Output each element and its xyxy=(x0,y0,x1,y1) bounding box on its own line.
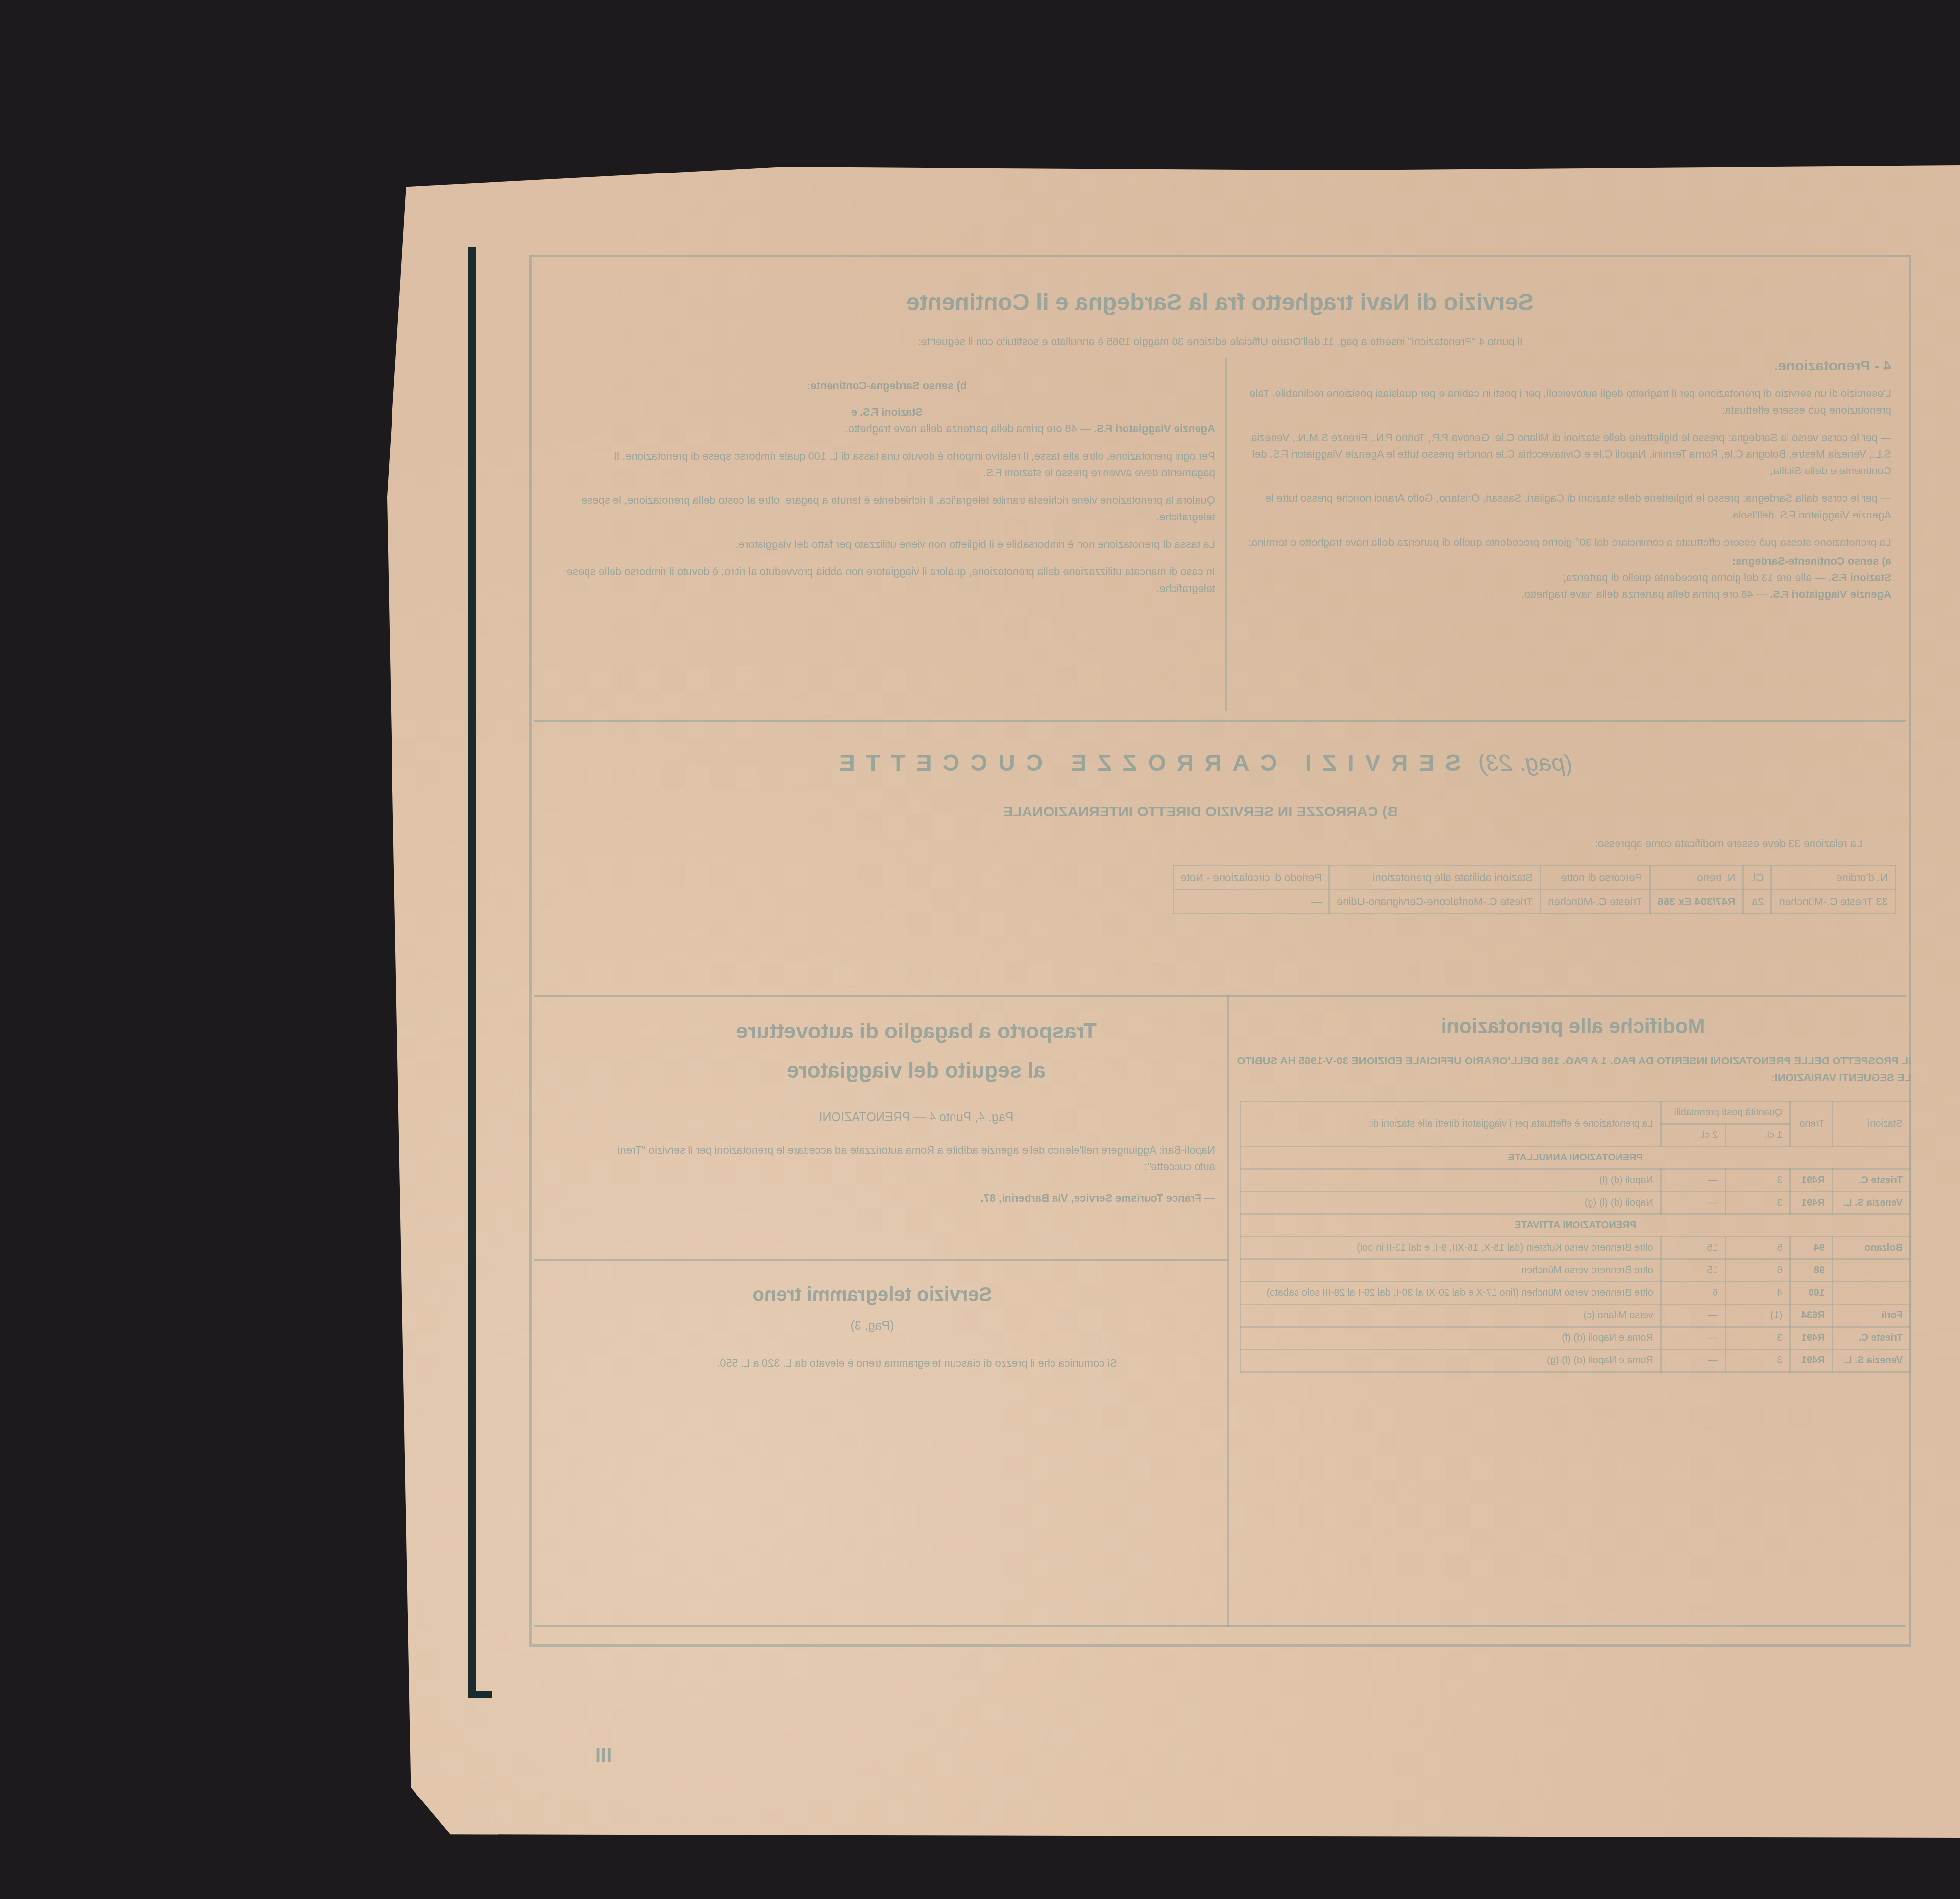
cell: — xyxy=(1661,1192,1725,1214)
cuccette-section: (pag. 23) SERVIZI CARROZZE CUCCETTE B) C… xyxy=(539,730,1901,985)
sardegna-intro: Il punto 4 "Prenotazioni" inserito a pag… xyxy=(918,333,1523,350)
cuccette-header: Stazioni abilitate alle prenotazioni xyxy=(1329,866,1540,890)
binding-edge xyxy=(468,247,476,1698)
cuccette-header: Cl. xyxy=(1743,866,1771,890)
cell: 4 xyxy=(1725,1282,1790,1305)
table-row: Venezia S. L. R491 3 — Roma e Napoli (d)… xyxy=(1241,1350,1911,1372)
cell: R491 xyxy=(1790,1350,1832,1372)
sardegna-a1-text: — alle ore 13 del giorno precedente quel… xyxy=(1563,571,1826,584)
cell: — xyxy=(1661,1327,1725,1350)
modifiche-section: Modifiche alle prenotazioni IL PROSPETTO… xyxy=(1235,1014,1911,1622)
cuccette-subtitle: B) CARROZZE IN SERVIZIO DIRETTO INTERNAZ… xyxy=(1003,804,1398,820)
cuccette-page-ref: (pag. 23) xyxy=(1478,750,1572,776)
cell: R491 xyxy=(1790,1327,1832,1350)
sardegna-b1-label: Stazioni F.S. e xyxy=(559,404,1215,420)
cell: 6 xyxy=(1725,1259,1790,1282)
sardegna-a-heading: a) senso Continente-Sardegna: xyxy=(1235,553,1891,569)
telegrammi-ref: (Pag. 3) xyxy=(627,1316,1117,1335)
table-row: Trieste C. R491 3 — Napoli (d) (l) xyxy=(1241,1169,1911,1192)
cell: R47/304 Ex 366 xyxy=(1650,890,1743,914)
cell: Napoli (d) (l) (g) xyxy=(1241,1192,1661,1214)
cuccette-title: SERVIZI CARROZZE CUCCETTE xyxy=(829,750,1461,776)
sardegna-para8: In caso di mancata utilizzazione della p… xyxy=(559,564,1215,597)
table-row: 98 6 15 oltre Brennero verso München xyxy=(1241,1259,1911,1282)
cell: Napoli (d) (l) xyxy=(1241,1169,1661,1192)
cuccette-header: Percorso di notte xyxy=(1541,866,1650,890)
cell xyxy=(1832,1282,1910,1305)
header-treno: Treno xyxy=(1790,1102,1832,1147)
sardegna-para7: La tassa di prenotazione non è rimborsab… xyxy=(559,536,1215,553)
cell: 3 xyxy=(1725,1350,1790,1372)
sardegna-para5: Per ogni prenotazione, oltre alle tasse,… xyxy=(559,448,1215,481)
cuccette-header: Periodo di circolazione - Note xyxy=(1173,866,1329,890)
cell: Trieste C.-München xyxy=(1541,890,1650,914)
cell: Bolzano xyxy=(1832,1237,1910,1259)
sardegna-para3: — per le corse dalla Sardegna: presso le… xyxy=(1235,490,1891,523)
cell: Trieste C. xyxy=(1832,1327,1910,1350)
trasporto-agency: — France Tourisme Service, Via Barberini… xyxy=(617,1190,1215,1207)
cell: 5 xyxy=(1725,1237,1790,1259)
telegrammi-text: Si comunica che il prezzo di ciascun tel… xyxy=(627,1355,1117,1372)
cell: (1) xyxy=(1725,1305,1790,1327)
table-row: 33 Trieste C.-München 2a R47/304 Ex 366 … xyxy=(1173,890,1895,914)
header-quantita: Quantità posti prenotabili xyxy=(1661,1102,1790,1124)
cell: 94 xyxy=(1790,1237,1832,1259)
telegrammi-section: Servizio telegrammi treno (Pag. 3) Si co… xyxy=(627,1284,1117,1411)
sardegna-b2-text: — 48 ore prima della partenza della nave… xyxy=(845,422,1091,435)
cell: oltre Brennero verso München (fino 17-X … xyxy=(1241,1282,1661,1305)
cell: Trieste C. xyxy=(1832,1169,1910,1192)
cell: 15 xyxy=(1661,1259,1725,1282)
sardegna-a2-label: Agenzie Viaggiatori F.S. xyxy=(1770,588,1891,600)
sardegna-para4: La prenotazione stessa può essere effett… xyxy=(1235,534,1891,551)
cell: 100 xyxy=(1790,1282,1832,1305)
trasporto-title-2: al seguito del viaggiatore xyxy=(617,1059,1215,1083)
table-row: Trieste C. R491 3 — Roma e Napoli (d) (f… xyxy=(1241,1327,1911,1350)
sardegna-para6: Qualora la prenotazione viene richiesta … xyxy=(559,492,1215,525)
cell: 3 xyxy=(1725,1169,1790,1192)
cell: 2a xyxy=(1743,890,1771,914)
cell: 33 Trieste C.-München xyxy=(1771,890,1896,914)
cell xyxy=(1832,1259,1910,1282)
cell: Forlì xyxy=(1832,1305,1910,1327)
cell: verso Milano (c) xyxy=(1241,1305,1661,1327)
header-cl2: 2 cl. xyxy=(1661,1124,1725,1147)
sardegna-para2: — per le corse verso la Sardegna: presso… xyxy=(1235,429,1891,479)
cell: Venezia S. L. xyxy=(1832,1350,1910,1372)
binding-edge-foot xyxy=(468,1691,492,1698)
attivate-title: PRENOTAZIONI ATTIVATE xyxy=(1241,1214,1911,1237)
cuccette-table: N. d'ordine Cl. N. treno Percorso di not… xyxy=(544,865,1896,914)
sardegna-b2-label: Agenzie Viaggiatori F.S. xyxy=(1094,422,1215,435)
cell: Roma e Napoli (d) (f) (g) xyxy=(1241,1350,1661,1372)
annullate-title: PRENOTAZIONI ANNULLATE xyxy=(1241,1147,1911,1169)
table-row: Venezia S. L. R491 3 — Napoli (d) (l) (g… xyxy=(1241,1192,1911,1214)
sardegna-title: Servizio di Navi traghetto fra la Sardeg… xyxy=(906,289,1534,316)
cell: 6 xyxy=(1661,1282,1725,1305)
header-stazioni: Stazioni xyxy=(1832,1102,1910,1147)
cell: 3 xyxy=(1725,1327,1790,1350)
cell: — xyxy=(1661,1305,1725,1327)
cell: — xyxy=(1661,1350,1725,1372)
header-cl1: 1 cl. xyxy=(1725,1124,1790,1147)
cell: — xyxy=(1173,890,1329,914)
cuccette-header: N. treno xyxy=(1650,866,1743,890)
cell: oltre Brennero verso München xyxy=(1241,1259,1661,1282)
cell: 3 xyxy=(1725,1192,1790,1214)
sardegna-para1: L'esercizio di un servizio di prenotazio… xyxy=(1235,385,1891,419)
trasporto-ref: Pag. 4, Punto 4 — PRENOTAZIONI xyxy=(617,1108,1215,1127)
cell: — xyxy=(1661,1169,1725,1192)
trasporto-text: Napoli-Bari: Aggiungere nell'elenco dell… xyxy=(617,1142,1215,1175)
modifiche-table: Stazioni Treno Quantità posti prenotabil… xyxy=(1240,1101,1911,1373)
cell: R491 xyxy=(1790,1169,1832,1192)
table-row: Bolzano 94 5 15 oltre Brennero verso Kuf… xyxy=(1241,1237,1911,1259)
table-row: 100 4 6 oltre Brennero verso München (fi… xyxy=(1241,1282,1911,1305)
cell: Venezia S. L. xyxy=(1832,1192,1910,1214)
cell: R491 xyxy=(1790,1192,1832,1214)
cell: Roma e Napoli (d) (f) xyxy=(1241,1327,1661,1350)
cuccette-header: N. d'ordine xyxy=(1771,866,1896,890)
sardegna-heading: 4 - Prenotazione. xyxy=(1235,358,1891,374)
cell: 15 xyxy=(1661,1237,1725,1259)
trasporto-section: Trasporto a bagaglio di autovetture al s… xyxy=(617,1019,1215,1255)
table-row: Forlì R634 (1) — verso Milano (c) xyxy=(1241,1305,1911,1327)
sardegna-a2-text: — 48 ore prima della partenza della nave… xyxy=(1521,588,1767,600)
cell: R634 xyxy=(1790,1305,1832,1327)
cell: Trieste C.-Monfalcone-Cervignano-Udine xyxy=(1329,890,1540,914)
telegrammi-title: Servizio telegrammi treno xyxy=(627,1284,1117,1306)
header-nota: La prenotazione è effettuata per i viagg… xyxy=(1241,1102,1661,1147)
modifiche-title: Modifiche alle prenotazioni xyxy=(1235,1014,1911,1038)
cuccette-note: La relazione 33 deve essere modificata c… xyxy=(1595,836,1862,852)
sardegna-a1-label: Stazioni F.S. xyxy=(1829,571,1891,584)
trasporto-title-1: Trasporto a bagaglio di autovetture xyxy=(617,1019,1215,1044)
page-number: III xyxy=(595,1745,612,1767)
modifiche-intro: IL PROSPETTO DELLE PRENOTAZIONI INSERITO… xyxy=(1235,1053,1911,1086)
cell: 98 xyxy=(1790,1259,1832,1282)
sardegna-section: Servizio di Navi traghetto fra la Sardeg… xyxy=(539,279,1901,720)
sardegna-b-heading: b) senso Sardegna-Continente: xyxy=(559,377,1215,394)
cell: oltre Brennero verso Kufstein (dal 15-X,… xyxy=(1241,1237,1661,1259)
